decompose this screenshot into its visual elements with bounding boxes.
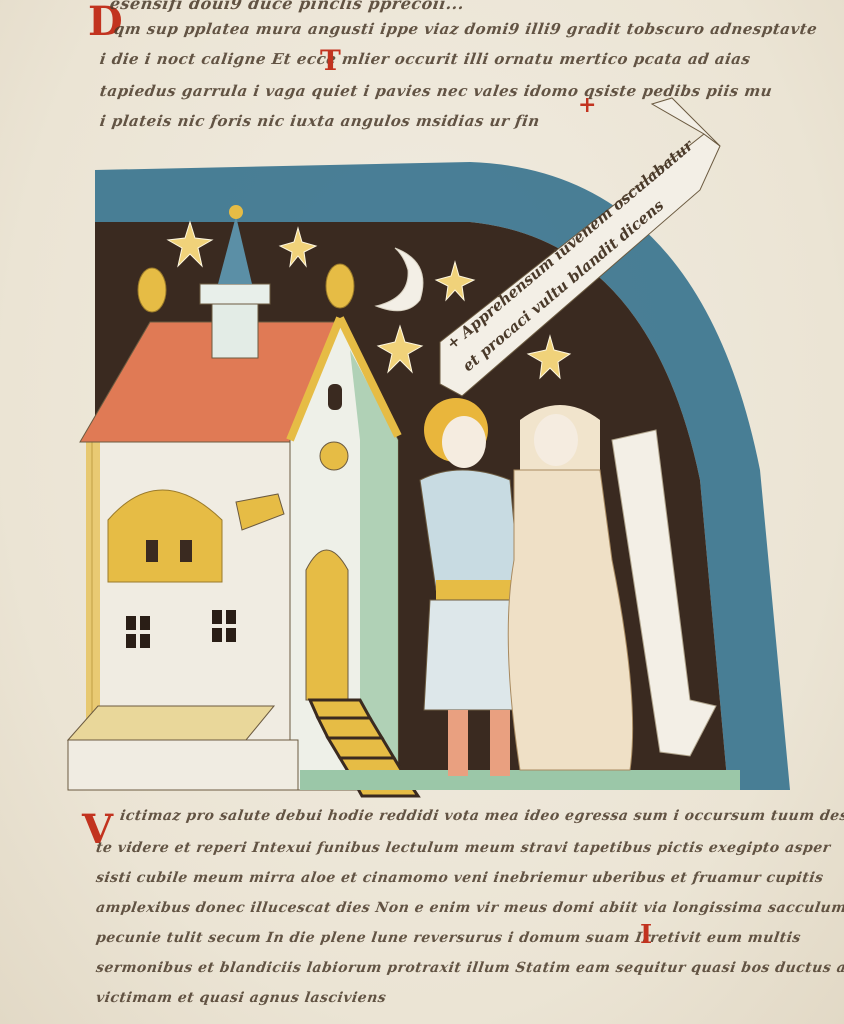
manuscript-page: D esensifi doui9 duce pinclis pprecoii..…	[0, 0, 844, 1024]
plinth	[68, 706, 274, 740]
text-line: sisti cubile meum mirra aloe et cinamomo…	[95, 870, 825, 886]
text-line: ictimaz pro salute debui hodie reddidi v…	[119, 808, 844, 824]
rubric-mark-i: I	[640, 920, 652, 950]
rose-window	[320, 442, 348, 470]
text-line: pecunie tulit secum In die plene lune re…	[95, 930, 802, 946]
roof-turret	[212, 300, 258, 358]
ground	[300, 770, 740, 790]
text-line: sermonibus et blandiciis labiorum protra…	[95, 960, 844, 976]
text-line: amplexibus donec illucescat dies Non e e…	[95, 900, 844, 916]
arched-door	[306, 550, 348, 700]
text-line: te videre et reperi Intexui funibus lect…	[95, 840, 832, 856]
text-line: victimam et quasi agnus lasciviens	[95, 990, 387, 1006]
